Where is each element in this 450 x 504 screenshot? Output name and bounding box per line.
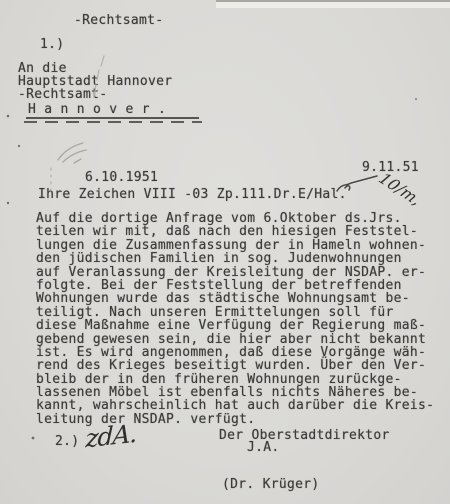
scan-edge-line <box>216 0 450 2</box>
body-line: teilen wir mit, daß nach den hiesigen Fe… <box>36 225 434 238</box>
reference-line: Ihre Zeichen VIII -03 Zp.111.Dr.E/Hal. <box>38 188 347 201</box>
speck <box>7 115 10 118</box>
recipient-line-3: -Rechtsamt- <box>18 88 107 101</box>
city-underline-dashed <box>24 121 202 123</box>
speck <box>32 437 35 440</box>
speck <box>7 202 9 204</box>
body-line: rend des Krieges beseitigt wurden. Über … <box>36 359 434 372</box>
speck <box>18 145 20 147</box>
body-line: kannt, wahrscheinlich hat auch darüber d… <box>36 399 434 412</box>
item-marker-bottom: 2.) <box>55 435 79 448</box>
signature-name: (Dr. Krüger) <box>222 478 320 491</box>
body-line: auf Veranlassung der Kreisleitung der NS… <box>36 266 434 279</box>
body-line: den jüdischen Familien in sog. Judenwohn… <box>36 252 434 265</box>
recipient-city: H a n n o v e r . <box>28 103 166 116</box>
body-line: Wohnungen wurde das städtische Wohnungsa… <box>36 292 434 305</box>
body-line: gebend gewesen sein, die hier aber nicht… <box>36 333 434 346</box>
body-paragraph: Auf die dortige Anfrage vom 6.Oktober ds… <box>36 212 434 426</box>
office-header: -Rechtsamt- <box>74 14 163 27</box>
closing-per-pro: J.A. <box>247 441 280 454</box>
city-underline-solid <box>26 117 199 119</box>
body-line: diese Maßnahme eine Verfügung der Regier… <box>36 319 434 332</box>
closing-title: Der Oberstadtdirektor <box>219 429 390 442</box>
date-sent: 6.10.1951 <box>85 171 158 184</box>
item-marker-top: 1.) <box>40 38 64 51</box>
handwritten-zda-note: zdA. <box>85 419 137 454</box>
speck <box>415 98 417 100</box>
scanned-letter: -Rechtsamt- 1.) An die Hauptstadt Hannov… <box>0 0 450 504</box>
